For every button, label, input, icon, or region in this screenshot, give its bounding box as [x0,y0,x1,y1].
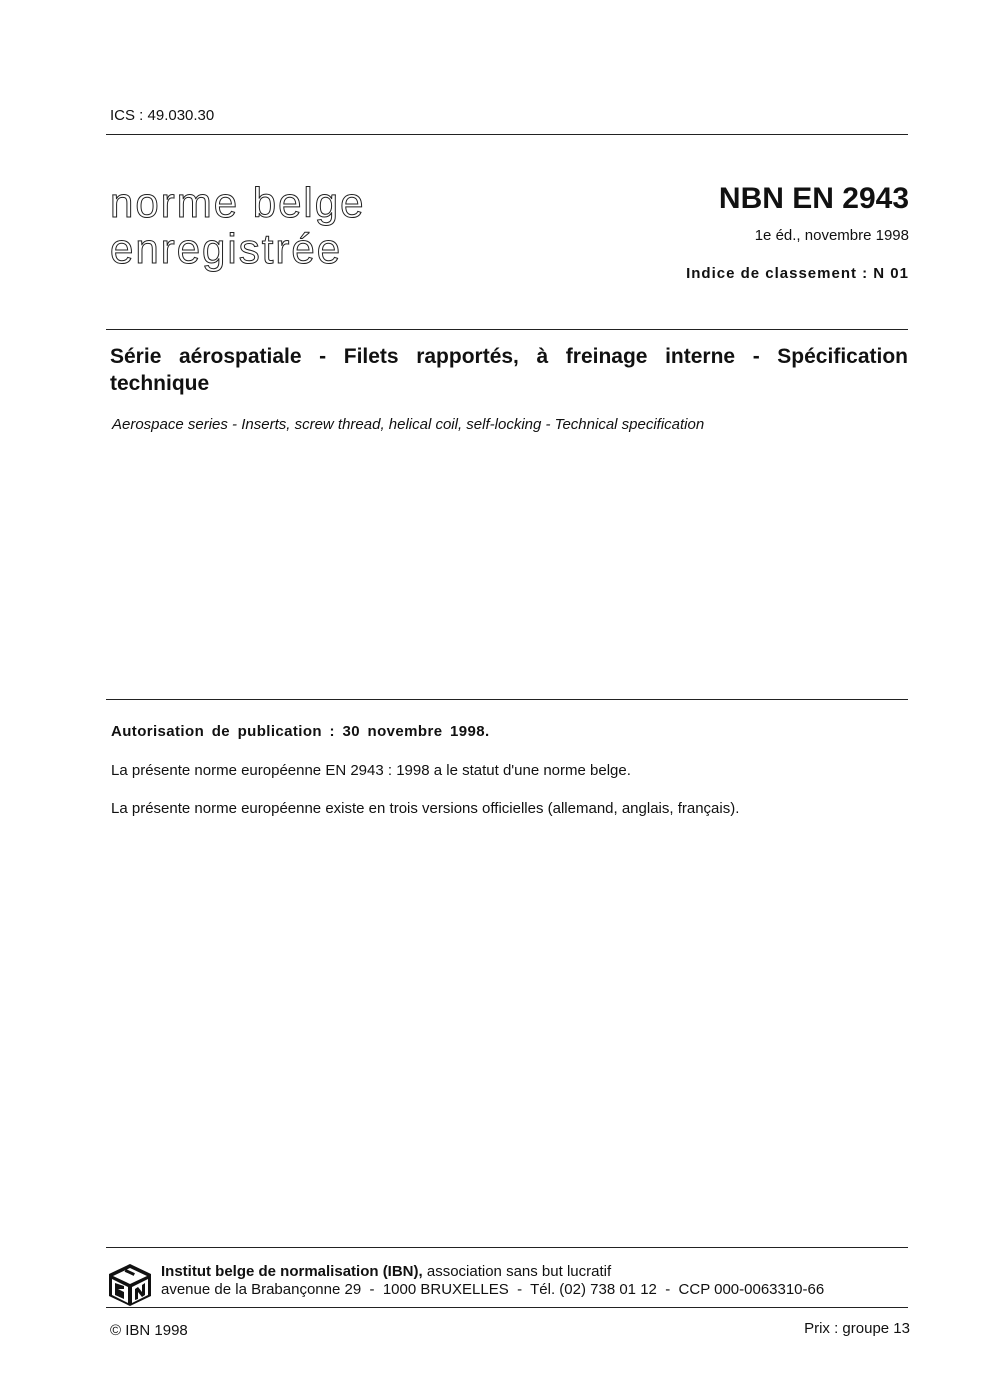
outline-title-line2: enregistrée [110,226,342,272]
institute-type: association sans but lucratif [423,1263,611,1280]
price-group: Prix : groupe 13 [804,1320,910,1337]
divider [106,1247,908,1248]
ics-code: ICS : 49.030.30 [110,107,214,124]
classification-index: Indice de classement : N 01 [686,265,909,282]
institute-name: Institut belge de normalisation (IBN), [161,1263,423,1280]
outline-title-line1: norme belge [110,180,365,226]
versions-paragraph: La présente norme européenne existe en t… [111,800,739,817]
divider [106,134,908,135]
publication-authorization: Autorisation de publication : 30 novembr… [111,723,490,740]
copyright: © IBN 1998 [110,1322,188,1339]
status-paragraph: La présente norme européenne EN 2943 : 1… [111,762,631,779]
institute-address: avenue de la Brabançonne 29 - 1000 BRUXE… [161,1281,824,1298]
standard-number: NBN EN 2943 [719,182,909,216]
divider [106,1307,908,1308]
french-title: Série aérospatiale - Filets rapportés, à… [110,343,908,397]
english-title: Aerospace series - Inserts, screw thread… [112,416,704,433]
institute-line: Institut belge de normalisation (IBN), a… [161,1263,611,1280]
ibn-logo-icon [107,1262,153,1308]
divider [106,329,908,330]
edition: 1e éd., novembre 1998 [755,227,909,244]
divider [106,699,908,700]
